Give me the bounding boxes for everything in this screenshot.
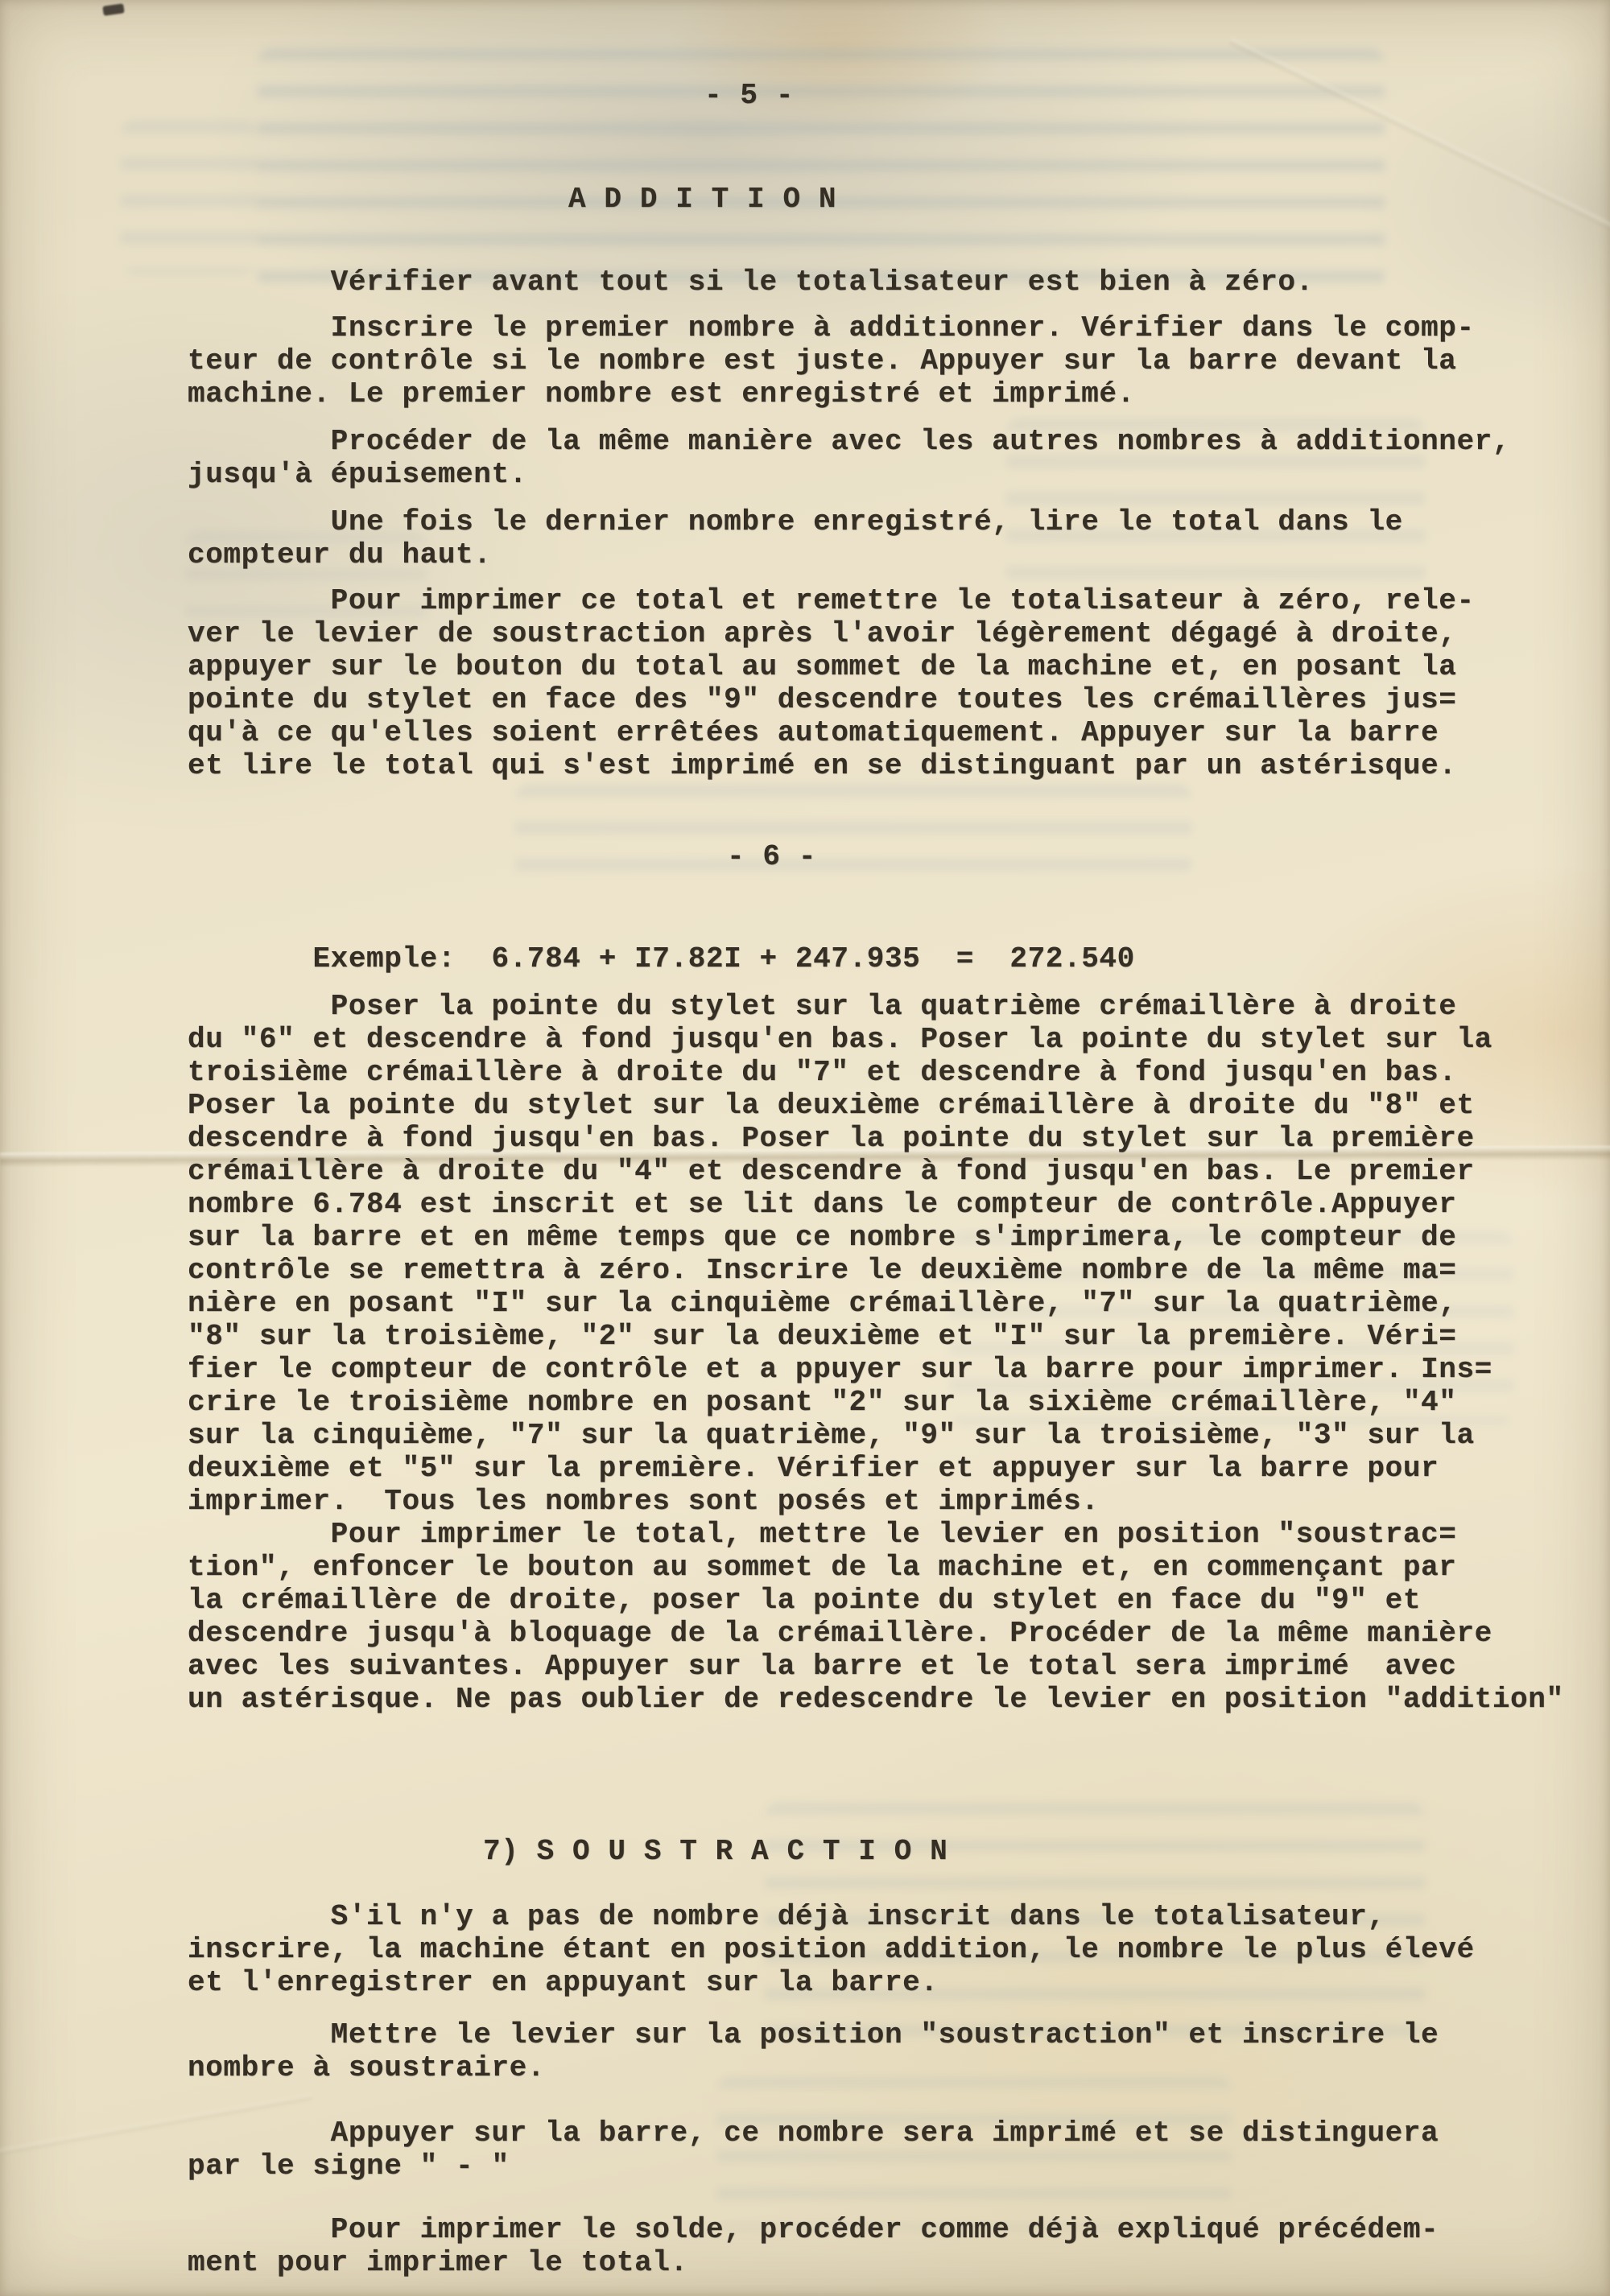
paragraph: Pour imprimer ce total et remettre le to… [188, 584, 1597, 782]
paragraph: Appuyer sur la barre, ce nombre sera imp… [188, 2117, 1597, 2183]
paragraph: Pour imprimer le solde, procéder comme d… [188, 2213, 1597, 2279]
paragraph: Mettre le levier sur la position "soustr… [188, 2018, 1597, 2084]
paragraph: Pour imprimer le total, mettre le levier… [188, 1518, 1597, 1716]
page-text: - 5 - A D D I T I O N Vérifier avant tou… [0, 0, 1610, 2279]
paragraph: Procéder de la même manière avec les aut… [188, 425, 1597, 491]
section-heading-addition: A D D I T I O N [568, 183, 1597, 216]
paragraph: Poser la pointe du stylet sur la quatriè… [188, 990, 1597, 1518]
paragraph: Vérifier avant tout si le totalisateur e… [188, 266, 1597, 299]
scanned-typewritten-page: - 5 - A D D I T I O N Vérifier avant tou… [0, 0, 1610, 2296]
page-number-marker-6: - 6 - [727, 840, 1597, 873]
example-calculation-line: Exemple: 6.784 + I7.82I + 247.935 = 272.… [188, 942, 1597, 975]
paragraph: Une fois le dernier nombre enregistré, l… [188, 505, 1597, 571]
page-number-marker-5: - 5 - [704, 79, 1597, 112]
paragraph: S'il n'y a pas de nombre déjà inscrit da… [188, 1900, 1597, 1999]
paragraph: Inscrire le premier nombre à additionner… [188, 311, 1597, 410]
section-heading-soustraction: 7) S O U S T R A C T I O N [483, 1835, 1597, 1868]
